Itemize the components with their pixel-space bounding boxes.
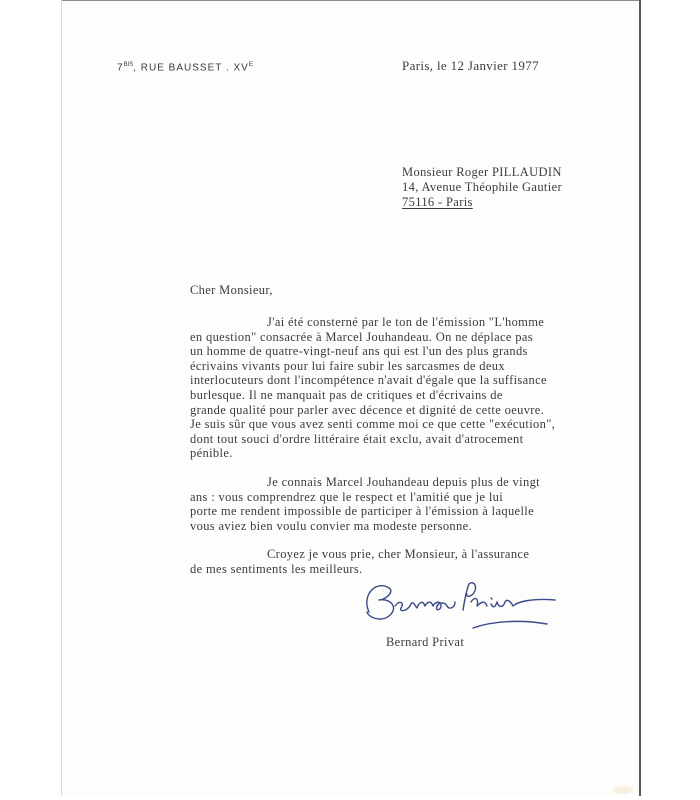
paragraph: Je connais Marcel Jouhandeau depuis plus… [190,475,610,533]
handwritten-signature [355,572,585,642]
letter-body: J'ai été consterné par le ton de l'émiss… [190,315,610,591]
text-line: burlesque. Il ne manquait pas de critiqu… [190,388,610,403]
signed-name: Bernard Privat [386,635,464,650]
letterhead-arrondissement-suffix: E [249,62,253,68]
text-line: Je connais Marcel Jouhandeau depuis plus… [190,475,610,490]
recipient-city: 75116 - Paris [402,195,562,210]
text-line: ans : vous comprendrez que le respect et… [190,490,610,505]
paragraph: J'ai été consterné par le ton de l'émiss… [190,315,610,461]
text-line: dont tout souci d'ordre littéraire était… [190,432,610,447]
text-line: pénible. [190,446,610,461]
text-line: en question" consacrée à Marcel Jouhande… [190,330,610,345]
text-line: un homme de quatre-vingt-neuf ans qui es… [190,344,610,359]
letterhead-number-suffix: BIS [124,62,134,68]
text-line: J'ai été consterné par le ton de l'émiss… [190,315,610,330]
text-line: interlocuteurs dont l'incompétence n'ava… [190,373,610,388]
date-line: Paris, le 12 Janvier 1977 [402,58,539,74]
letterhead-street: , RUE BAUSSET . XV [133,62,249,73]
text-line: grande qualité pour parler avec décence … [190,403,610,418]
text-line: Croyez je vous prie, cher Monsieur, à l'… [190,547,610,562]
text-line: Je suis sûr que vous avez senti comme mo… [190,417,610,432]
recipient-name: Monsieur Roger PILLAUDIN [402,165,562,180]
scanned-letter: 7BIS, RUE BAUSSET . XVE Paris, le 12 Jan… [0,0,700,800]
recipient-address: Monsieur Roger PILLAUDIN 14, Avenue Théo… [402,165,562,210]
recipient-street: 14, Avenue Théophile Gautier [402,180,562,195]
text-line: vous aviez bien voulu convier ma modeste… [190,519,610,534]
text-line: écrivains vivants pour lui faire subir l… [190,359,610,374]
letterhead-address: 7BIS, RUE BAUSSET . XVE [117,62,253,73]
text-line: porte me rendent impossible de participe… [190,504,610,519]
salutation: Cher Monsieur, [190,283,273,298]
